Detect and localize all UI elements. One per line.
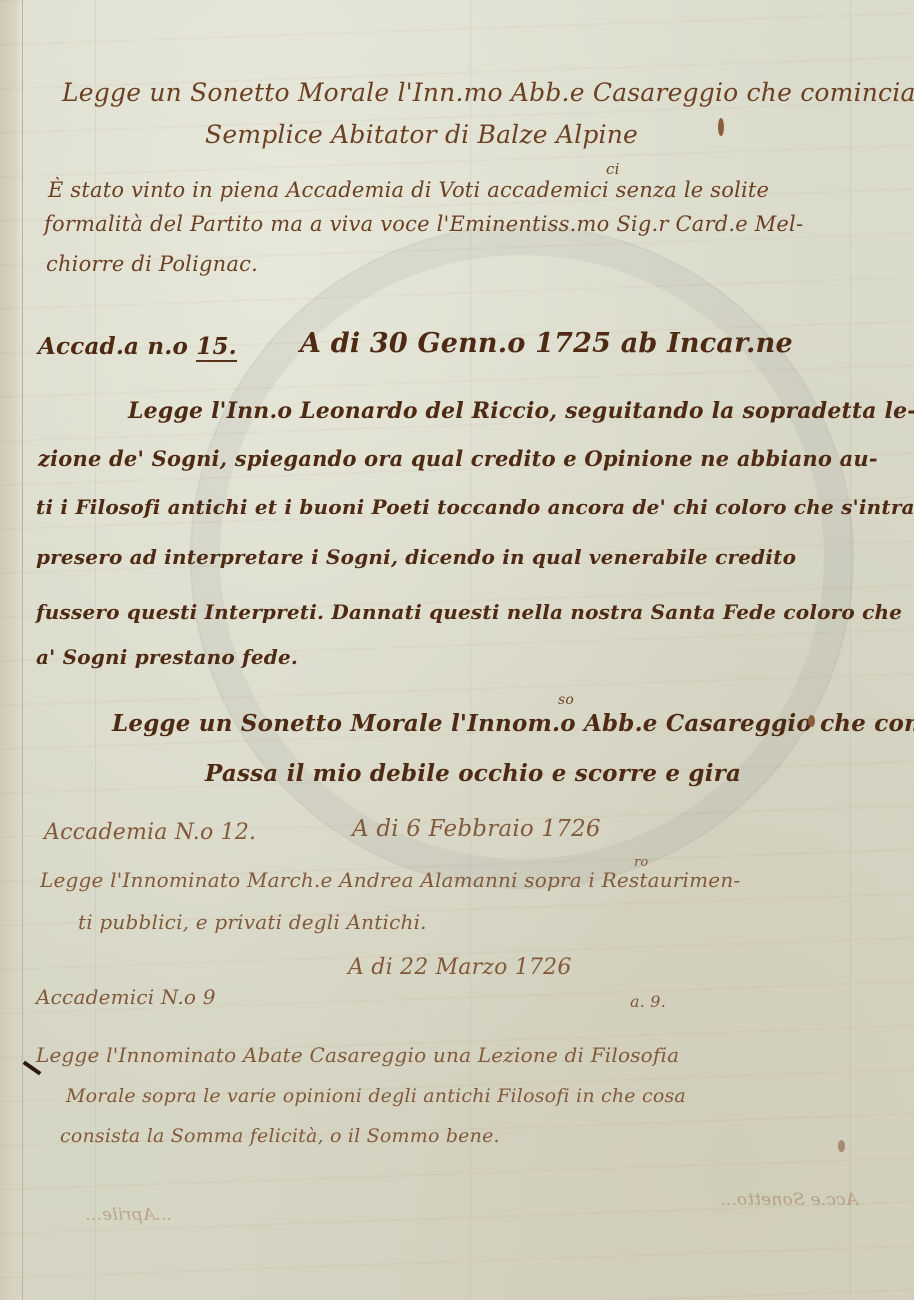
entry-2-line-2: zione de' Sogni, spiegando ora qual cred… (38, 446, 878, 471)
entry-2-line-3: ti i Filosofi antichi et i buoni Poeti t… (36, 495, 914, 519)
entry-2-academy-label: Accad.a n.o 15. (38, 333, 237, 360)
ink-blot (838, 1140, 845, 1152)
entry-5-academy-label: Accademici N.o 9 (36, 985, 216, 1009)
entry-4-line-1: Legge l'Innominato March.e Andrea Alaman… (40, 868, 740, 892)
entry-4-academy-label: Accademia N.o 12. (44, 820, 256, 845)
academy-label: Accad.a n.o (38, 333, 188, 360)
ink-blot (808, 715, 815, 727)
ruling-line (850, 0, 851, 1300)
ink-blot (718, 118, 724, 136)
entry-4-date-line: A di 6 Febbraio 1726 (352, 816, 601, 842)
academy-label: Accademia N.o (44, 820, 213, 845)
entry-1-note-line-1: È stato vinto in piena Accademia di Voti… (48, 178, 769, 202)
entry-2-line-4: presero ad interpretare i Sogni, dicendo… (36, 545, 796, 569)
entry-1-line-2: Semplice Abitator di Balze Alpine (205, 120, 638, 149)
entry-4-line-2: ti pubblici, e privati degli Antichi. (78, 910, 427, 934)
entry-2-line-1: Legge l'Inn.o Leonardo del Riccio, segui… (128, 398, 914, 424)
academy-number: 12. (221, 820, 257, 845)
bleed-through-text: ...Aprile... (85, 1205, 172, 1225)
entry-2-line-6: a' Sogni prestano fede. (36, 645, 298, 669)
entry-5-date-note: a. 9. (630, 992, 666, 1011)
entry-3-line-1: Legge un Sonetto Morale l'Innom.o Abb.e … (112, 710, 914, 737)
entry-2-line-5: fussero questi Interpreti. Dannati quest… (36, 600, 902, 624)
superscript-ro: ro (634, 855, 648, 870)
superscript-ci: ci (606, 160, 620, 178)
entry-3-line-2: Passa il mio debile occhio e scorre e gi… (205, 760, 741, 787)
entry-1-line-1: Legge un Sonetto Morale l'Inn.mo Abb.e C… (62, 78, 914, 107)
entry-1-note-line-2: formalità del Partito ma a viva voce l'E… (44, 212, 803, 236)
page-left-edge (0, 0, 23, 1300)
entry-1-note-line-3: chiorre di Polignac. (46, 252, 258, 276)
manuscript-page: Legge un Sonetto Morale l'Inn.mo Abb.e C… (0, 0, 914, 1300)
academy-number: 9 (203, 985, 216, 1009)
entry-2-date-line: A di 30 Genn.o 1725 ab Incar.ne (300, 328, 793, 359)
academy-label: Accademici N.o (36, 985, 196, 1009)
entry-5-line-2: Morale sopra le varie opinioni degli ant… (66, 1085, 686, 1107)
academy-number: 15. (196, 333, 237, 362)
entry-5-line-3: consista la Somma felicità, o il Sommo b… (60, 1125, 500, 1147)
bleed-through-text: Acc.e Sonetto... (720, 1190, 858, 1210)
entry-5-date-line: A di 22 Marzo 1726 (348, 955, 572, 980)
superscript-so: so (558, 692, 574, 708)
entry-5-line-1: Legge l'Innominato Abate Casareggio una … (36, 1043, 679, 1067)
